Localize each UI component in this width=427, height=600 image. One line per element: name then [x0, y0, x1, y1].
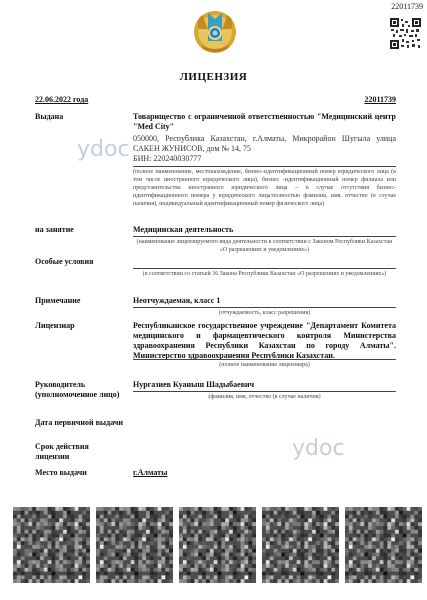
divider — [133, 166, 396, 167]
issued-to-caption: (полное наименование, местонахождение, б… — [133, 168, 396, 208]
place-of-issue-value: г.Алматы — [133, 468, 167, 477]
qr-code-icon — [345, 507, 422, 583]
watermark: ydoc — [292, 436, 345, 461]
head-caption: (фамилия, имя, отчество (в случае наличи… — [133, 393, 396, 401]
validity-label-line1: Срок действия — [35, 442, 89, 452]
qr-code-icon — [390, 18, 421, 49]
qr-code-icon — [262, 507, 339, 583]
qr-code-icon — [179, 507, 256, 583]
licensor-value: Республиканское государственное учрежден… — [133, 321, 396, 361]
issued-to-label: Выдана — [35, 112, 63, 122]
note-label: Примечание — [35, 296, 80, 306]
license-number: 22011739 — [364, 95, 396, 104]
head-value: Нургазиев Куаныш Шадыбаевич — [133, 380, 396, 390]
divider — [133, 359, 396, 360]
state-emblem-icon — [191, 7, 239, 55]
first-issue-date-label: Дата первичной выдачи — [35, 418, 123, 428]
activity-label: на занятие — [35, 225, 74, 235]
activity-value: Медицинская деятельность — [133, 225, 396, 235]
licensee-name: Товарищество с ограниченной ответственно… — [133, 112, 396, 132]
licensor-label: Лицензиар — [35, 321, 75, 331]
place-of-issue-label: Место выдачи — [35, 468, 87, 478]
qr-code-icon — [96, 507, 173, 583]
head-label-line1: Руководитель — [35, 380, 119, 390]
document-title: ЛИЦЕНЗИЯ — [0, 71, 427, 83]
watermark: ydoc — [77, 137, 130, 162]
divider — [133, 391, 396, 392]
special-conditions-caption: (в соответствии со статьей 36 Закона Рес… — [133, 270, 396, 278]
licensee-bin: БИН: 220240030777 — [133, 154, 396, 164]
special-conditions-label: Особые условия — [35, 257, 93, 267]
head-label: Руководитель (уполномоченное лицо) — [35, 380, 119, 400]
divider — [133, 307, 396, 308]
activity-caption: (наименование лицензируемого вида деятел… — [133, 238, 396, 254]
licensee-address: 050000, Республика Казахстан, г.Алматы, … — [133, 134, 396, 154]
validity-label-line2: лицензии — [35, 452, 89, 462]
licensor-caption: (полное наименование лицензиара) — [133, 361, 396, 369]
divider — [133, 236, 396, 237]
validity-label: Срок действия лицензии — [35, 442, 89, 462]
issue-date: 22.06.2022 года — [35, 95, 88, 104]
divider — [133, 268, 396, 269]
qr-code-icon — [13, 507, 90, 583]
note-caption: (отчуждаемость, класс разрешения) — [133, 309, 396, 317]
head-label-line2: (уполномоченное лицо) — [35, 390, 119, 400]
document-number-top: 22011739 — [391, 2, 423, 11]
note-value: Неотчуждаемая, класс 1 — [133, 296, 396, 306]
